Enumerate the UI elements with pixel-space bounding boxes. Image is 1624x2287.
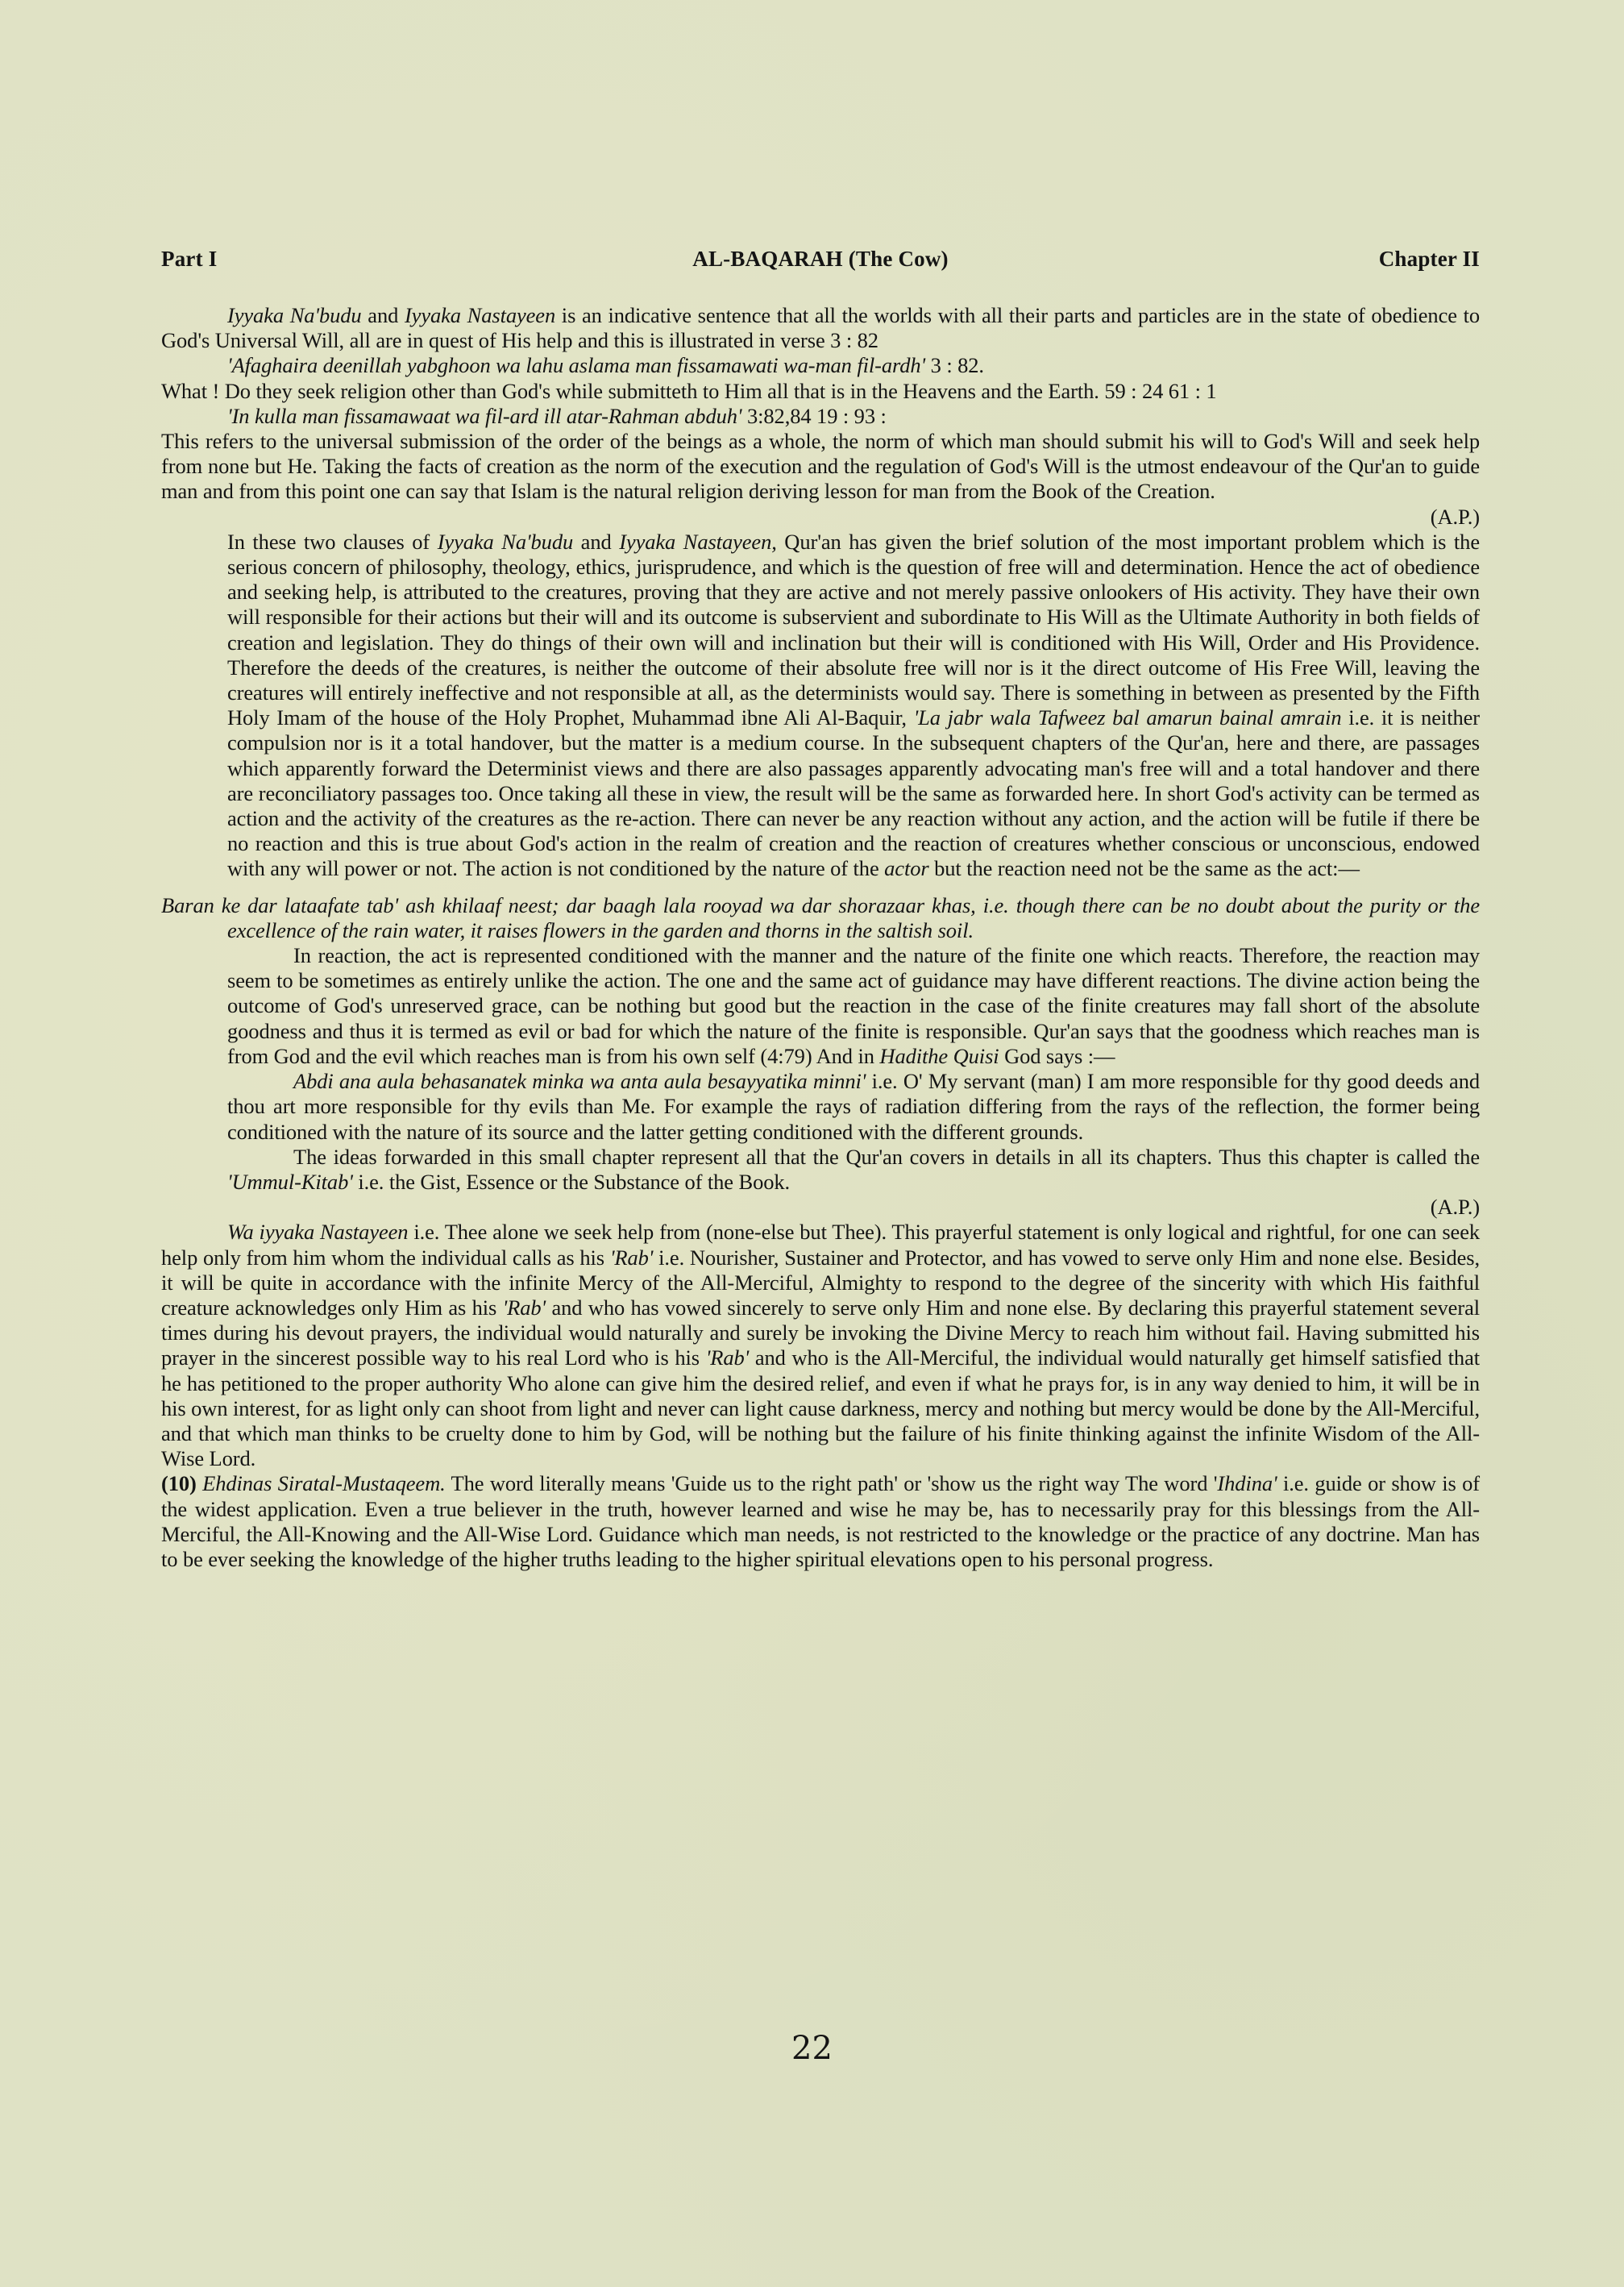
paragraph-free-will: In these two clauses of Iyyaka Na'budu a… <box>227 530 1480 882</box>
arabic-term: Iyyaka Nastayeen <box>405 303 555 327</box>
arabic-quote: 'Afaghaira deenillah yabghoon wa lahu as… <box>227 353 925 377</box>
running-header: Part I AL-BAQARAH (The Cow) Chapter II <box>161 247 1480 279</box>
paragraph-reaction: In reaction, the act is represented cond… <box>227 943 1480 1069</box>
arabic-term: Iyyaka Nastayeen, <box>619 530 777 554</box>
arabic-term: 'Rab' <box>610 1245 654 1270</box>
arabic-term: Iyyaka Na'budu <box>227 303 362 327</box>
emphasis: actor <box>884 856 928 880</box>
paragraph-1: Iyyaka Na'budu and Iyyaka Nastayeen is a… <box>161 303 1480 353</box>
header-title: AL-BAQARAH (The Cow) <box>161 247 1480 272</box>
paragraph-ummul-kitab: The ideas forwarded in this small chapte… <box>227 1145 1480 1195</box>
text: and <box>573 530 619 554</box>
header-part: Part I <box>161 247 217 272</box>
paragraph-hadith: Abdi ana aula behasanatek minka wa anta … <box>227 1069 1480 1145</box>
text: i.e. it is neither compulsion nor is it … <box>227 705 1480 880</box>
verse-ref: 3 : 82. <box>925 353 984 377</box>
persian-couplet: Baran ke dar lataafate tab' ash khilaaf … <box>161 893 1480 943</box>
paragraph-nastayeen: Wa iyyaka Nastayeen i.e. Thee alone we s… <box>161 1220 1480 1471</box>
verse-ref: 3:82,84 19 : 93 : <box>741 404 886 428</box>
text: In these two clauses of <box>227 530 438 554</box>
text: The ideas forwarded in this small chapte… <box>293 1145 1480 1169</box>
header-chapter: Chapter II <box>1379 247 1480 272</box>
arabic-term: 'Ummul-Kitab' <box>227 1170 353 1194</box>
text: Qur'an has given the brief solution of t… <box>227 530 1480 730</box>
arabic-term: Wa iyyaka Nastayeen <box>227 1220 408 1244</box>
note-number: (10) <box>161 1471 197 1495</box>
arabic-term: 'Rab' <box>706 1345 750 1370</box>
page: Part I AL-BAQARAH (The Cow) Chapter II I… <box>161 247 1480 1572</box>
arabic-term: Iyyaka Na'budu <box>438 530 573 554</box>
arabic-quote: Abdi ana aula behasanatek minka wa anta … <box>293 1069 866 1093</box>
arabic-quote: 'In kulla man fissamawaat wa fil-ard ill… <box>227 404 741 428</box>
indented-block-2: In reaction, the act is represented cond… <box>161 943 1480 1220</box>
text: i.e. the Gist, Essence or the Substance … <box>353 1170 790 1194</box>
text: In reaction, the act is represented cond… <box>227 943 1480 1068</box>
quote-verse-3-82: 'Afaghaira deenillah yabghoon wa lahu as… <box>161 353 1480 378</box>
text: and <box>362 303 405 327</box>
text: The word literally means 'Guide us to th… <box>446 1471 1218 1495</box>
arabic-term: 'Rab' <box>503 1295 546 1320</box>
arabic-term: Hadithe Quisi <box>879 1044 999 1068</box>
translation-1: What ! Do they seek religion other than … <box>161 379 1480 404</box>
quote-verse-19-93: 'In kulla man fissamawaat wa fil-ard ill… <box>161 404 1480 429</box>
author-signature: (A.P.) <box>161 505 1480 530</box>
page-number: 22 <box>0 2030 1624 2067</box>
arabic-term: Ehdinas Siratal-Mustaqeem. <box>197 1471 446 1495</box>
indented-block: In these two clauses of Iyyaka Na'budu a… <box>161 530 1480 882</box>
note-10: (10) Ehdinas Siratal-Mustaqeem. The word… <box>161 1471 1480 1572</box>
arabic-quote: 'La jabr wala Tafweez bal amarun bainal … <box>914 705 1342 730</box>
text: but the reaction need not be the same as… <box>929 856 1360 880</box>
arabic-term: Ihdina' <box>1217 1471 1277 1495</box>
body-text: Iyyaka Na'budu and Iyyaka Nastayeen is a… <box>161 303 1480 1572</box>
text: God says :— <box>999 1044 1115 1068</box>
author-signature-2: (A.P.) <box>227 1195 1480 1220</box>
paragraph-universal-submission: This refers to the universal submission … <box>161 429 1480 505</box>
